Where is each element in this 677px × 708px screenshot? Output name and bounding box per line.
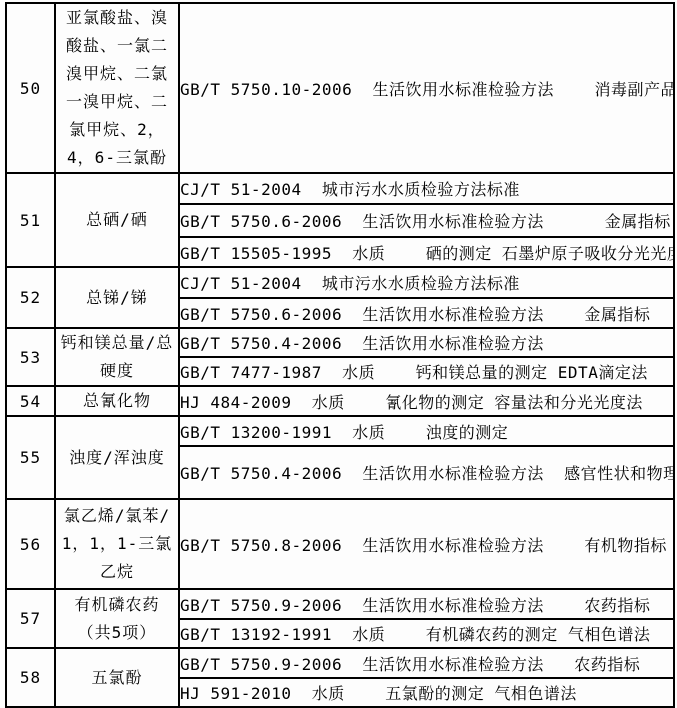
table-row: 52 总锑/锑 CJ/T 51-2004 城市污水水质检验方法标准 [6,267,674,298]
parameter-57: 有机磷农药 （共5项） [55,589,179,648]
parameter-51: 总硒/硒 [55,173,179,267]
method-51-0: CJ/T 51-2004 城市污水水质检验方法标准 [179,173,674,204]
method-53-1: GB/T 7477-1987 水质 钙和镁总量的测定 EDTA滴定法 [179,357,674,386]
parameter-50: 亚氯酸盐、溴 酸盐、一氯二 溴甲烷、二氯 一溴甲烷、二 氯甲烷、2， 4，6-三… [55,3,179,173]
parameter-54: 总氰化物 [55,386,179,416]
row-number-55: 55 [6,416,55,499]
method-57-1: GB/T 13192-1991 水质 有机磷农药的测定 气相色谱法 [179,619,674,648]
standards-table: 50 亚氯酸盐、溴 酸盐、一氯二 溴甲烷、二氯 一溴甲烷、二 氯甲烷、2， 4，… [5,2,675,708]
table-row: 51 总硒/硒 CJ/T 51-2004 城市污水水质检验方法标准 [6,173,674,204]
parameter-53: 钙和镁总量/总 硬度 [55,328,179,386]
method-51-1: GB/T 5750.6-2006 生活饮用水标准检验方法 金属指标 [179,204,674,237]
method-52-0: CJ/T 51-2004 城市污水水质检验方法标准 [179,267,674,298]
method-58-0: GB/T 5750.9-2006 生活饮用水标准检验方法 农药指标 [179,648,674,678]
method-55-0: GB/T 13200-1991 水质 浊度的测定 [179,416,674,446]
document-page: 50 亚氯酸盐、溴 酸盐、一氯二 溴甲烷、二氯 一溴甲烷、二 氯甲烷、2， 4，… [0,0,677,708]
parameter-56: 氯乙烯/氯苯/ 1，1，1-三氯 乙烷 [55,499,179,589]
row-number-53: 53 [6,328,55,386]
table-row: 53 钙和镁总量/总 硬度 GB/T 5750.4-2006 生活饮用水标准检验… [6,328,674,357]
table-row: 57 有机磷农药 （共5项） GB/T 5750.9-2006 生活饮用水标准检… [6,589,674,619]
table-row: 56 氯乙烯/氯苯/ 1，1，1-三氯 乙烷 GB/T 5750.8-2006 … [6,499,674,589]
parameter-52: 总锑/锑 [55,267,179,328]
method-53-0: GB/T 5750.4-2006 生活饮用水标准检验方法 [179,328,674,357]
method-58-1: HJ 591-2010 水质 五氯酚的测定 气相色谱法 [179,678,674,707]
row-number-56: 56 [6,499,55,589]
method-56-0: GB/T 5750.8-2006 生活饮用水标准检验方法 有机物指标 [179,499,674,589]
method-51-2: GB/T 15505-1995 水质 硒的测定 石墨炉原子吸收分光光度法 [179,237,674,267]
row-number-54: 54 [6,386,55,416]
row-number-52: 52 [6,267,55,328]
row-number-58: 58 [6,648,55,707]
table-row: 54 总氰化物 HJ 484-2009 水质 氰化物的测定 容量法和分光光度法 [6,386,674,416]
method-55-1: GB/T 5750.4-2006 生活饮用水标准检验方法 感官性状和物理指标 [179,446,674,499]
parameter-58: 五氯酚 [55,648,179,707]
row-number-50: 50 [6,3,55,173]
parameter-55: 浊度/浑浊度 [55,416,179,499]
table-row: 50 亚氯酸盐、溴 酸盐、一氯二 溴甲烷、二氯 一溴甲烷、二 氯甲烷、2， 4，… [6,3,674,173]
method-52-1: GB/T 5750.6-2006 生活饮用水标准检验方法 金属指标 [179,298,674,328]
table-row: 58 五氯酚 GB/T 5750.9-2006 生活饮用水标准检验方法 农药指标 [6,648,674,678]
method-50-0: GB/T 5750.10-2006 生活饮用水标准检验方法 消毒副产品指标 [179,3,674,173]
method-54-0: HJ 484-2009 水质 氰化物的测定 容量法和分光光度法 [179,386,674,416]
table-row: 55 浊度/浑浊度 GB/T 13200-1991 水质 浊度的测定 [6,416,674,446]
row-number-51: 51 [6,173,55,267]
row-number-57: 57 [6,589,55,648]
method-57-0: GB/T 5750.9-2006 生活饮用水标准检验方法 农药指标 [179,589,674,619]
